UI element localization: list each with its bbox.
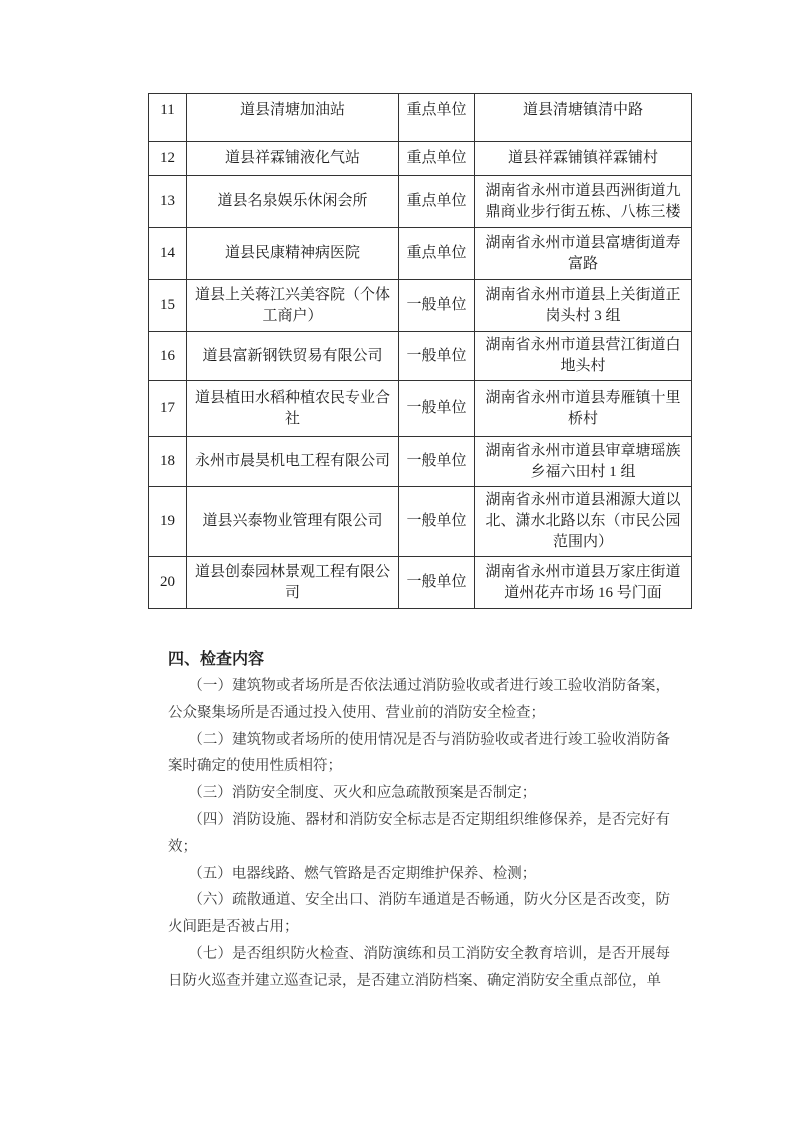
table-row: 12 道县祥霖铺液化气站 重点单位 道县祥霖铺镇祥霖铺村 [149,142,692,176]
inspection-item-7: （七）是否组织防火检查、消防演练和员工消防安全教育培训，是否开展每日防火巡查并建… [168,941,670,995]
row-number-cell: 13 [149,176,187,228]
row-number-cell: 17 [149,381,187,437]
unit-name-cell: 道县创泰园林景观工程有限公司 [187,557,399,609]
unit-type-cell: 一般单位 [399,487,475,557]
inspection-content-section: 四、检查内容 （一）建筑物或者场所是否依法通过消防验收或者进行竣工验收消防备案，… [168,646,670,995]
unit-name-cell: 道县名泉娱乐休闲会所 [187,176,399,228]
unit-address-cell: 湖南省永州市道县上关街道正岗头村 3 组 [475,280,692,332]
unit-type-cell: 一般单位 [399,280,475,332]
unit-address-cell: 湖南省永州市道县富塘街道寿富路 [475,228,692,280]
table-row: 14 道县民康精神病医院 重点单位 湖南省永州市道县富塘街道寿富路 [149,228,692,280]
unit-type-cell: 一般单位 [399,437,475,487]
inspection-item-2: （二）建筑物或者场所的使用情况是否与消防验收或者进行竣工验收消防备案时确定的使用… [168,727,670,781]
unit-address-cell: 道县祥霖铺镇祥霖铺村 [475,142,692,176]
unit-address-cell: 湖南省永州市道县营江街道白地头村 [475,332,692,381]
inspection-item-4: （四）消防设施、器材和消防安全标志是否定期组织维修保养，是否完好有效； [168,807,670,861]
row-number-cell: 12 [149,142,187,176]
unit-name-cell: 道县民康精神病医院 [187,228,399,280]
unit-type-cell: 一般单位 [399,381,475,437]
unit-address-cell: 湖南省永州市道县万家庄街道道州花卉市场 16 号门面 [475,557,692,609]
row-number-cell: 18 [149,437,187,487]
row-number-cell: 16 [149,332,187,381]
table-row: 13 道县名泉娱乐休闲会所 重点单位 湖南省永州市道县西洲街道九鼎商业步行街五栋… [149,176,692,228]
row-number-cell: 19 [149,487,187,557]
table-row: 19 道县兴泰物业管理有限公司 一般单位 湖南省永州市道县湘源大道以北、潇水北路… [149,487,692,557]
inspection-item-5: （五）电器线路、燃气管路是否定期维护保养、检测； [168,861,670,888]
document-page: 11 道县清塘加油站 重点单位 道县清塘镇清中路 12 道县祥霖铺液化气站 重点… [0,0,793,1122]
row-number-cell: 20 [149,557,187,609]
unit-type-cell: 一般单位 [399,557,475,609]
row-number-cell: 11 [149,94,187,142]
unit-name-cell: 永州市晨昊机电工程有限公司 [187,437,399,487]
table-row: 11 道县清塘加油站 重点单位 道县清塘镇清中路 [149,94,692,142]
unit-name-cell: 道县祥霖铺液化气站 [187,142,399,176]
unit-address-cell: 道县清塘镇清中路 [475,94,692,142]
row-number-cell: 15 [149,280,187,332]
row-number-cell: 14 [149,228,187,280]
unit-name-cell: 道县清塘加油站 [187,94,399,142]
inspection-item-3: （三）消防安全制度、灭火和应急疏散预案是否制定； [168,780,670,807]
unit-name-cell: 道县上关蒋江兴美容院（个体工商户） [187,280,399,332]
unit-address-cell: 湖南省永州市道县寿雁镇十里桥村 [475,381,692,437]
unit-type-cell: 重点单位 [399,176,475,228]
unit-type-cell: 一般单位 [399,332,475,381]
unit-address-cell: 湖南省永州市道县西洲街道九鼎商业步行街五栋、八栋三楼 [475,176,692,228]
unit-address-cell: 湖南省永州市道县湘源大道以北、潇水北路以东（市民公园范围内） [475,487,692,557]
unit-name-cell: 道县兴泰物业管理有限公司 [187,487,399,557]
inspection-item-1: （一）建筑物或者场所是否依法通过消防验收或者进行竣工验收消防备案，公众聚集场所是… [168,673,670,727]
unit-type-cell: 重点单位 [399,142,475,176]
unit-address-cell: 湖南省永州市道县审章塘瑶族乡福六田村 1 组 [475,437,692,487]
table-row: 16 道县富新钢铁贸易有限公司 一般单位 湖南省永州市道县营江街道白地头村 [149,332,692,381]
inspection-item-6: （六）疏散通道、安全出口、消防车通道是否畅通，防火分区是否改变，防火间距是否被占… [168,887,670,941]
unit-name-cell: 道县植田水稻种植农民专业合社 [187,381,399,437]
table-row: 18 永州市晨昊机电工程有限公司 一般单位 湖南省永州市道县审章塘瑶族乡福六田村… [149,437,692,487]
unit-type-cell: 重点单位 [399,94,475,142]
section-heading: 四、检查内容 [168,646,670,673]
unit-name-cell: 道县富新钢铁贸易有限公司 [187,332,399,381]
inspection-units-table: 11 道县清塘加油站 重点单位 道县清塘镇清中路 12 道县祥霖铺液化气站 重点… [148,93,692,609]
table-row: 20 道县创泰园林景观工程有限公司 一般单位 湖南省永州市道县万家庄街道道州花卉… [149,557,692,609]
table-row: 15 道县上关蒋江兴美容院（个体工商户） 一般单位 湖南省永州市道县上关街道正岗… [149,280,692,332]
unit-type-cell: 重点单位 [399,228,475,280]
table-row: 17 道县植田水稻种植农民专业合社 一般单位 湖南省永州市道县寿雁镇十里桥村 [149,381,692,437]
